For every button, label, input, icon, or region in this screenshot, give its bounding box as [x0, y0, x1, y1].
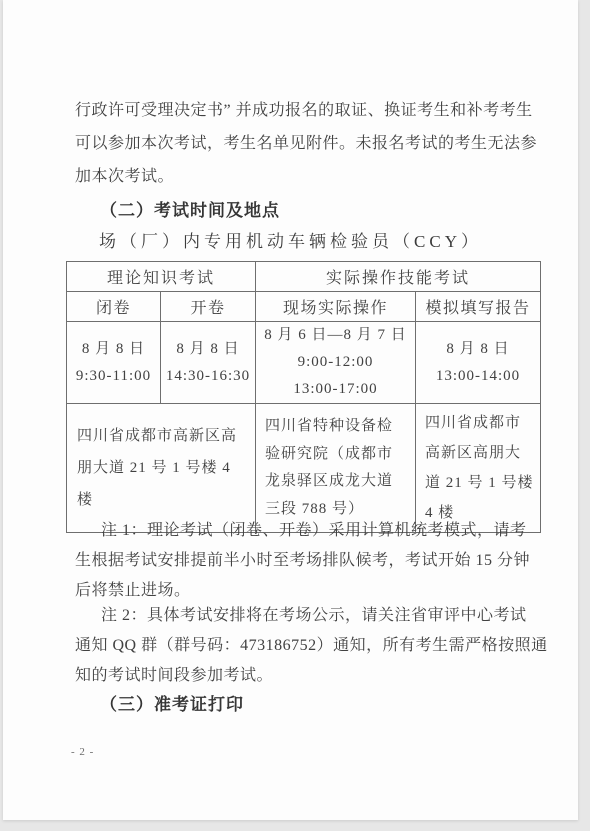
section-heading-admission-ticket: （三）准考证打印: [100, 690, 244, 715]
paragraph-line: 行政许可受理决定书” 并成功报名的取证、换证考生和补考考生: [75, 94, 537, 127]
col-header-open-book: 开卷: [161, 292, 256, 322]
exam-time: 13:00-17:00: [256, 376, 415, 403]
col-header-closed-book: 闭卷: [67, 292, 161, 322]
exam-time: 9:30-11:00: [67, 363, 160, 390]
exam-time: 14:30-16:30: [161, 363, 255, 390]
col-header-onsite-operation: 现场实际操作: [256, 292, 416, 322]
location-cell-theory: 四川省成都市高新区高朋大道 21 号 1 号楼 4 楼: [67, 404, 256, 533]
exam-time: 9:00-12:00: [256, 349, 415, 376]
time-cell-report: 8 月 8 日 13:00-14:00: [416, 322, 541, 404]
time-cell-closed-book: 8 月 8 日 9:30-11:00: [67, 322, 161, 404]
exam-schedule-table: 理论知识考试 实际操作技能考试 闭卷 开卷 现场实际操作 模拟填写报告 8 月 …: [66, 261, 541, 533]
paragraph-line: 可以参加本次考试，考生名单见附件。未报名考试的考生无法参: [75, 127, 537, 160]
table-location-row: 四川省成都市高新区高朋大道 21 号 1 号楼 4 楼 四川省特种设备检验研究院…: [67, 404, 541, 533]
section-heading-exam-time-location: （二）考试时间及地点: [100, 196, 280, 221]
table-time-row: 8 月 8 日 9:30-11:00 8 月 8 日 14:30-16:30 8…: [67, 322, 541, 404]
group-header-practical: 实际操作技能考试: [256, 262, 541, 292]
note-1: 注 1：理论考试（闭卷、开卷）采用计算机统考模式，请考 生根据考试安排提前半小时…: [75, 516, 537, 606]
location-cell-onsite: 四川省特种设备检验研究院（成都市龙泉驿区成龙大道三段 788 号）: [256, 404, 416, 533]
note-line: 知的考试时间段参加考试。: [75, 661, 537, 691]
note-2: 注 2：具体考试安排将在考场公示，请关注省审评中心考试 通知 QQ 群（群号码：…: [75, 601, 537, 691]
table-group-header-row: 理论知识考试 实际操作技能考试: [67, 262, 541, 292]
page-number: - 2 -: [71, 746, 94, 758]
scan-background: 行政许可受理决定书” 并成功报名的取证、换证考生和补考考生 可以参加本次考试，考…: [0, 0, 590, 831]
exam-date: 8 月 8 日: [67, 336, 160, 363]
intro-paragraph: 行政许可受理决定书” 并成功报名的取证、换证考生和补考考生 可以参加本次考试，考…: [75, 94, 537, 193]
note-line: 注 1：理论考试（闭卷、开卷）采用计算机统考模式，请考: [75, 516, 537, 546]
time-cell-open-book: 8 月 8 日 14:30-16:30: [161, 322, 256, 404]
exam-date: 8 月 6 日—8 月 7 日: [256, 322, 415, 349]
note-line: 注 2：具体考试安排将在考场公示，请关注省审评中心考试: [75, 601, 537, 631]
group-header-theory: 理论知识考试: [67, 262, 256, 292]
note-line: 生根据考试安排提前半小时至考场排队候考，考试开始 15 分钟: [75, 546, 537, 576]
table-title: 场（厂）内专用机动车辆检验员（CCY）: [3, 227, 578, 252]
note-line: 通知 QQ 群（群号码：473186752）通知，所有考生需严格按照通: [75, 631, 537, 661]
time-cell-onsite: 8 月 6 日—8 月 7 日 9:00-12:00 13:00-17:00: [256, 322, 416, 404]
document-page: 行政许可受理决定书” 并成功报名的取证、换证考生和补考考生 可以参加本次考试，考…: [3, 0, 578, 820]
location-cell-report: 四川省成都市高新区高朋大道 21 号 1 号楼 4 楼: [416, 404, 541, 533]
table-column-header-row: 闭卷 开卷 现场实际操作 模拟填写报告: [67, 292, 541, 322]
paragraph-line: 加本次考试。: [75, 160, 537, 193]
exam-date: 8 月 8 日: [416, 336, 540, 363]
exam-date: 8 月 8 日: [161, 336, 255, 363]
exam-time: 13:00-14:00: [416, 363, 540, 390]
col-header-mock-report: 模拟填写报告: [416, 292, 541, 322]
